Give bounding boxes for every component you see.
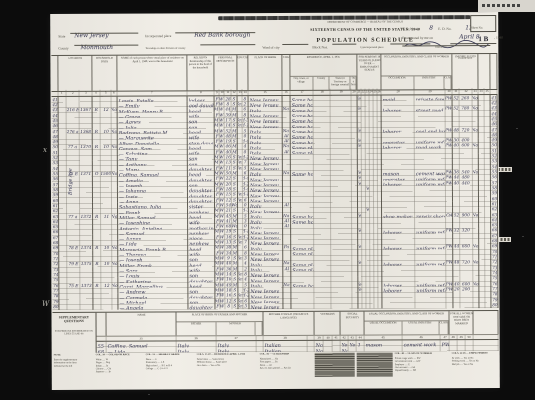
column-number: [97, 337, 107, 341]
supplementary-note: FOR PERSONS ENUMERATED ON LINES 55 AND 6…: [53, 330, 96, 336]
cell-value: New Jersey: [250, 199, 279, 203]
cell-value: uniform mfg co: [416, 177, 446, 181]
cell-value: Miller, Samuel: [119, 215, 156, 219]
cell-rel: daughter: [188, 192, 215, 197]
column-number: [308, 336, 315, 340]
cell-value: son: [189, 257, 198, 261]
cell-value: 8: [244, 96, 247, 101]
cell-value: 50: [491, 143, 496, 148]
column-number-text: 31: [454, 90, 457, 93]
cell-value: lodger: [189, 98, 205, 102]
cell-value: daughter: [189, 279, 212, 283]
cell-value: 78 E: [68, 246, 78, 251]
column-group-rel: RELATION Relationship of this person to …: [187, 55, 214, 90]
cell-value: 8: [244, 250, 247, 255]
legend-block: COL. 13 — HIGHEST GRADENone ..... 0Eleme…: [145, 353, 195, 377]
cell-age: 11: [225, 165, 232, 170]
cell-street: [59, 304, 67, 309]
column-subheader-label: INDUSTRY: [414, 76, 444, 79]
cell-bp: New Jersey: [249, 96, 283, 101]
cell-hh: [80, 304, 93, 309]
legend-block: COL. 16 — CITIZENSHIPNaturalized ..... N…: [260, 353, 313, 377]
cell-value: 39: [225, 112, 230, 117]
cell-age: 40: [225, 261, 232, 266]
scell-value: Italy: [218, 348, 229, 352]
column-number: 45: [365, 335, 403, 339]
left-margin-mark: W: [42, 300, 49, 308]
cell-ln: 53: [52, 161, 59, 166]
cell-age: 39: [225, 112, 232, 117]
cell-value: nephew: [189, 241, 209, 245]
column-group-tongue: MOTHER TONGUE (OR NATIVE LANGUAGE): [263, 312, 314, 335]
cell-value: No: [473, 127, 479, 132]
cell-value: Al: [284, 149, 288, 154]
column-number-text: 18: [320, 90, 323, 93]
cell-value: head: [189, 247, 201, 251]
column-subheaders: USUAL OCCUPATIONUSUAL INDUSTRYCLASS: [365, 320, 449, 334]
cell-value: — Joseph: [119, 258, 142, 262]
column-number-text: 46: [420, 336, 423, 339]
cell-value: 0: [244, 150, 247, 155]
legend-block-title: COL. 10 — COLOR OR RACE: [96, 354, 144, 357]
column-group-label: RELATION Relationship of this person to …: [187, 56, 213, 69]
cell-value: 28: [225, 96, 230, 101]
cell-rcity: Same place: [291, 144, 314, 149]
cell-age: 19: [225, 229, 232, 234]
cell-rcity: Same house: [291, 117, 314, 122]
cell-value: No: [112, 129, 118, 134]
cell-value: 80: [492, 302, 497, 307]
column-subheader: MOTHER: [216, 322, 256, 335]
column-number-text: 20: [352, 90, 355, 93]
cell-value: M: [233, 245, 237, 250]
cell-value: 52: [453, 95, 458, 100]
cell-value: 44: [225, 107, 230, 112]
cell-value: M: [232, 213, 236, 218]
cell-value: Same house: [292, 283, 314, 287]
cell-value: 64: [491, 217, 496, 222]
cell-age: 15: [225, 192, 232, 197]
cell-value: 0: [244, 134, 247, 139]
cell-rln: 53: [491, 159, 498, 164]
scell-vet2: [324, 346, 333, 352]
cell-value: 38: [226, 245, 231, 250]
cell-value: 79: [53, 299, 58, 304]
cell-rln: 70: [491, 249, 498, 254]
cell-value: W: [220, 107, 224, 112]
legend-block-title: COLS. 17-20 — RESIDENCE APRIL 1, 1935: [197, 353, 258, 356]
column-number-text: 13: [238, 91, 241, 94]
cell-value: 52: [453, 212, 458, 217]
cell-ln: 43: [52, 108, 59, 113]
cell-value: nephew: [189, 210, 209, 214]
supplementary-line-tag: [497, 167, 512, 172]
cell-bp: New Jersey: [249, 303, 283, 308]
cell-value: 40: [226, 261, 231, 266]
cell-hh: 1367: [80, 107, 93, 112]
column-number-text: 24: [369, 90, 372, 93]
census-sheet: DEPARTMENT OF COMMERCE — BUREAU OF THE C…: [50, 12, 500, 390]
cell-value: M: [232, 134, 236, 139]
cell-rln: 66: [491, 228, 498, 233]
cell-value: F: [215, 166, 218, 171]
cell-value: F: [216, 219, 219, 224]
cell-value: F: [215, 97, 218, 102]
cell-value: uniform mfg co: [416, 139, 446, 143]
cell-rln: 79: [491, 297, 498, 302]
cell-age: 49: [225, 282, 232, 287]
cell-rln: 44: [491, 111, 498, 116]
cell-value: 5: [244, 213, 247, 218]
cell-value: 6: [244, 245, 247, 250]
column-group-label: FOR ALL WOMEN WHO ARE OR HAVE BEEN MARRI…: [449, 312, 472, 325]
cell-value: S: [233, 192, 236, 197]
cell-value: F: [215, 176, 218, 181]
cell-bp: New Jersey: [249, 239, 283, 244]
cell-value: M: [215, 123, 219, 128]
cell-value: Same house: [292, 172, 314, 176]
cell-occ: [382, 303, 415, 308]
cell-value: Italy: [250, 108, 261, 112]
cell-value: laborer: [383, 230, 401, 234]
cell-value: uniform mfg co: [416, 182, 446, 186]
cell-rel: daughter: [188, 165, 215, 170]
cell-value: New Jersey: [250, 193, 279, 197]
cell-value: 61: [491, 202, 496, 207]
cell-rel: daughter: [188, 187, 215, 192]
cell-value: 70: [492, 249, 497, 254]
cell-value: 10: [104, 262, 109, 267]
cell-hh: 1371: [80, 171, 93, 176]
cell-value: 7: [244, 160, 247, 165]
cell-value: 60: [52, 198, 57, 203]
cell-value: Same house: [292, 135, 314, 139]
column-group-label: SOCIAL SECURITY: [340, 313, 363, 320]
cell-value: 47: [491, 127, 496, 132]
cell-value: Coffina, Samuel: [119, 173, 159, 177]
cell-value: Same house: [292, 220, 314, 224]
cell-value: 56: [52, 177, 57, 182]
cell-value: New Jersey: [250, 177, 279, 181]
column-subheader-label: County: [313, 77, 329, 80]
scell-fbp: Italy: [177, 347, 217, 353]
cell-value: laborer: [383, 108, 401, 112]
cell-value: W: [220, 134, 224, 139]
cell-value: daughter: [189, 188, 212, 192]
column-number-text: 30: [447, 90, 450, 93]
cell-value: — Marguerite: [119, 135, 154, 139]
cell-value: street road work: [416, 108, 446, 112]
cell-value: No: [473, 143, 479, 148]
cell-value: W: [220, 176, 224, 181]
cell-value: Na: [283, 213, 289, 218]
cell-value: 2: [244, 266, 247, 271]
cell-value: Same place: [292, 145, 314, 149]
cell-value: O: [95, 171, 98, 176]
cell-value: Marascio, Frank B: [119, 247, 166, 251]
cell-value: F: [216, 251, 219, 256]
cell-bp: New Jersey: [249, 181, 283, 186]
cell-value: 75: [53, 278, 58, 283]
column-number: [491, 88, 498, 94]
cell-cit: [283, 303, 291, 308]
cell-value: 52: [225, 128, 230, 133]
cell-value: Same place: [292, 246, 314, 250]
cell-value: son: [189, 119, 198, 123]
column-group-label: RESIDENCE, APRIL 1, 1935: [290, 56, 356, 60]
cell-ln: 80: [52, 304, 59, 309]
cell-cls: PW: [446, 106, 453, 111]
cell-rcity: Same house: [291, 170, 314, 175]
cell-value: 20: [454, 287, 459, 292]
cell-ind: coal and lumber co: [415, 127, 446, 132]
column-subheader-label: FATHER: [177, 322, 216, 325]
cell-ln: 63: [52, 214, 59, 219]
cell-value: laborer: [383, 246, 401, 250]
cell-value: nephew: [189, 231, 209, 235]
cell-value: 66: [491, 228, 496, 233]
cell-ind: uniform mfg co: [415, 180, 446, 185]
cell-value: M: [215, 282, 219, 287]
column-group-cit: CITIZENSHIP: [282, 55, 290, 90]
column-number: 17: [291, 89, 314, 95]
cell-value: W: [220, 213, 224, 218]
cell-value: 4: [244, 277, 247, 282]
cell-ln: 47: [52, 129, 59, 134]
scell-value: 68: [98, 349, 104, 353]
cell-bp: New Jersey: [249, 293, 283, 298]
supplementary-section: SUPPLEMENTARY QUESTIONS FOR PERSONS ENUM…: [52, 310, 498, 313]
cell-value: No: [112, 171, 118, 176]
cell-value: 52: [453, 106, 458, 111]
cell-value: M: [215, 298, 219, 303]
cell-value: 75: [492, 276, 497, 281]
cell-age: 38: [225, 245, 232, 250]
cell-bp: New Jersey: [249, 176, 283, 181]
column-number-text: 23: [365, 90, 368, 93]
cell-age: 14: [225, 123, 232, 128]
cell-ind: uniform mfg: [415, 228, 446, 233]
column-number: 32: [460, 88, 473, 94]
cell-value: New Jersey: [250, 156, 279, 160]
column-number-text: 43: [351, 336, 354, 339]
column-number: 15: [249, 89, 283, 95]
cell-wks: 52: [453, 212, 460, 217]
cell-value: M: [215, 213, 219, 218]
cell-value: R: [95, 145, 98, 150]
cell-cls: PW: [446, 95, 453, 100]
cell-value: 48: [52, 134, 57, 139]
cell-value: shoe maker: [383, 214, 412, 218]
cell-rln: 56: [491, 175, 498, 180]
cell-age: 52: [225, 128, 232, 133]
cell-rcity: Same house: [291, 96, 314, 101]
cell-value: 73: [53, 267, 58, 272]
cell-value: Same house: [292, 129, 314, 133]
cell-wks: 20: [453, 286, 460, 291]
cell-rel: mother in law: [188, 224, 215, 229]
cell-occ: shoe maker: [382, 212, 415, 217]
column-number-text: 40: [326, 336, 329, 339]
cell-value: M: [215, 160, 219, 165]
cell-value: 51: [491, 148, 496, 153]
column-group-label: PERSONAL DESCRIPTION: [214, 56, 236, 63]
cell-value: — Mary: [119, 167, 139, 171]
cell-value: W: [220, 261, 224, 266]
cell-value: R: [95, 246, 98, 251]
column-subheader-label: USUAL OCCUPATION: [365, 321, 402, 324]
cell-ln: 66: [52, 230, 59, 235]
adjacent-page-corner: [478, 0, 535, 12]
cell-hh: 1373: [80, 283, 93, 288]
column-number: 48: [450, 335, 458, 339]
cell-value: F: [216, 203, 219, 208]
cell-value: Na: [283, 144, 289, 149]
cell-value: 48: [454, 260, 459, 265]
cell-value: 720: [462, 260, 470, 265]
cell-bp: New Jersey: [249, 271, 283, 276]
scell-value: Italy: [178, 343, 189, 347]
cell-rln: 50: [491, 143, 498, 148]
field-rule: [282, 44, 308, 45]
cell-bp: New Jersey: [249, 298, 283, 303]
column-group-vet: VETERANS: [314, 312, 340, 335]
scell-value: — Lida: [108, 349, 126, 353]
column-number-text: 29: [428, 90, 431, 93]
cell-value: W: [220, 251, 224, 256]
cell-value: R: [95, 108, 98, 113]
cell-value: head: [189, 215, 201, 219]
cell-value: sister: [189, 204, 203, 208]
scell-name: — Lida: [107, 347, 177, 353]
cell-value: — Josie: [119, 194, 138, 198]
cell-value: — Andrew: [119, 290, 145, 294]
cell-value: son: [189, 156, 198, 160]
cell-value: No: [112, 262, 118, 267]
cell-value: 76: [53, 283, 58, 288]
column-number: 16: [283, 89, 291, 95]
field-rule: [70, 33, 138, 34]
cell-value: PW: [446, 281, 453, 286]
cell-value: New Jersey: [250, 305, 279, 309]
cell-rcity: Same house: [291, 138, 314, 143]
column-group-label: PLACE OF BIRTH: [248, 56, 281, 59]
cell-ind: cement work: [415, 170, 446, 175]
cell-value: mother in law: [189, 225, 215, 229]
cell-value: Italy: [250, 247, 261, 251]
cell-value: S: [233, 208, 236, 213]
cell-value: M: [233, 266, 237, 271]
cell-value: 900: [462, 212, 470, 217]
cell-bp: New Jersey: [249, 234, 283, 239]
column-number: 50: [466, 335, 474, 339]
cell-value: Al: [284, 133, 288, 138]
cell-value: New Jersey: [250, 252, 279, 256]
cell-value: M: [232, 112, 236, 117]
column-number: 38: [264, 336, 308, 340]
cell-value: 720: [462, 127, 470, 132]
cell-value: 320: [462, 228, 470, 233]
cell-ind: uniform mfg: [415, 281, 446, 286]
column-group-own: HOUSEHOLD DATA: [92, 56, 117, 91]
cell-value: cement work: [416, 171, 446, 175]
cell-value: New Jersey: [250, 278, 279, 282]
cell-value: PW: [446, 127, 453, 132]
cell-value: wife: [189, 268, 200, 272]
cell-value: No: [112, 283, 118, 288]
cell-value: 216 E: [67, 108, 79, 113]
cell-value: 6: [244, 197, 247, 202]
cell-value: daughter: [189, 194, 212, 198]
cell-value: 3: [244, 219, 247, 224]
column-number: 49: [458, 335, 466, 339]
cell-value: S: [233, 298, 236, 303]
cell-value: Italy: [250, 225, 261, 229]
cell-value: 57: [52, 182, 57, 187]
scell-value: 1: [358, 342, 361, 346]
cell-value: S: [233, 160, 236, 165]
cell-value: uniform mfg: [416, 283, 446, 287]
cell-ln: 46: [52, 124, 59, 129]
cell-value: W: [220, 197, 224, 202]
cell-value: 44: [454, 244, 459, 249]
cell-value: W: [220, 150, 224, 155]
cell-bp: New Jersey: [249, 154, 283, 159]
cell-rln: 80: [491, 302, 498, 307]
column-subheader: [256, 322, 263, 335]
cell-ind: uniform mfg: [415, 287, 446, 292]
cell-value: McKyen, Henry B: [119, 109, 163, 113]
column-number-text: 16: [284, 90, 287, 93]
cell-value: 62: [491, 207, 496, 212]
cell-value: head: [189, 284, 201, 288]
cell-value: 1370: [80, 145, 91, 150]
cell-value: 41: [225, 219, 230, 224]
cell-value: wife: [189, 151, 200, 155]
column-group-ln: [96, 313, 106, 336]
column-group-label: FOR PERSONS 14 YEARS OLD AND OVER — EMPL…: [357, 56, 380, 73]
cell-value: coal and lumber co: [416, 129, 446, 133]
cell-rcity: Same house: [291, 218, 314, 223]
cell-value: No: [112, 108, 118, 113]
cell-own: [93, 304, 101, 309]
cell-wks: 40: [453, 281, 460, 286]
cell-value: W: [220, 293, 224, 298]
cell-value: 20: [225, 181, 230, 186]
cell-value: 64: [52, 219, 57, 224]
cell-value: 79 E: [68, 262, 78, 267]
cell-cls: PW: [446, 286, 453, 291]
scell-tongue: Italian: [264, 346, 308, 352]
cell-value: 480: [462, 175, 470, 180]
field-unincorporated-label: Unincorporated place: [360, 46, 383, 49]
scell-w3: [466, 346, 474, 352]
cell-value: niece: [189, 236, 202, 240]
cell-value: laborer: [383, 145, 401, 149]
cell-value: 1368: [80, 129, 91, 134]
column-number: 41: [333, 336, 341, 340]
cell-value: 10: [226, 277, 231, 282]
cell-rln: 59: [491, 191, 498, 196]
cell-value: — Amelia: [119, 178, 143, 182]
cell-value: W: [220, 288, 224, 293]
cell-value: Lewis, Estelle: [119, 98, 154, 102]
cell-value: 43: [52, 108, 57, 113]
cell-value: M: [233, 282, 237, 287]
cell-value: W: [220, 298, 224, 303]
cell-value: New Jersey: [250, 119, 279, 123]
cell-bp: New Jersey: [249, 160, 283, 165]
